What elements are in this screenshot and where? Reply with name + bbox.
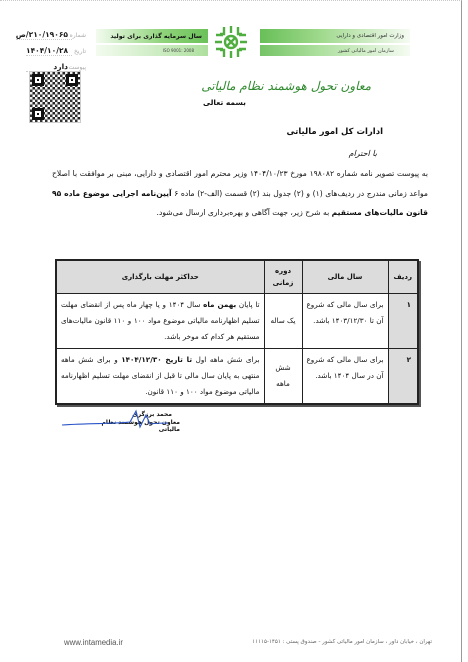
website-link[interactable]: www.intamedia.ir <box>64 638 123 647</box>
deadline-cell: برای شش ماهه اول تا تاریخ ۱۴۰۴/۱۲/۳۰ و ب… <box>56 348 264 404</box>
qr-finder-icon <box>32 74 44 86</box>
header-row-number: ردیف <box>388 260 418 293</box>
table-row: ۲ برای سال مالی که شروع آن در سال ۱۴۰۴ ب… <box>56 348 418 404</box>
row-number: ۱ <box>388 293 418 348</box>
table-row: ۱ برای سال مالی که شروع آن تا ۱۴۰۳/۱۲/۳۰… <box>56 293 418 348</box>
letter-attachment-label: پیوست <box>72 64 86 71</box>
basmala: بسمه تعالی <box>203 98 246 107</box>
fiscal-year-cell: برای سال مالی که شروع آن تا ۱۴۰۳/۱۲/۳۰ ب… <box>302 293 388 348</box>
letter-number-label: شماره <box>72 32 86 39</box>
deadline-text: برای شش ماهه اول <box>192 355 259 364</box>
period-cell: یک ساله <box>264 293 302 348</box>
greeting: با احترام <box>349 149 377 158</box>
table-header-row: ردیف سال مالی دوره زمانی حداکثر مهلت بار… <box>56 260 418 293</box>
footer: www.intamedia.ir تهران ، خیابان داور ، س… <box>0 637 462 651</box>
row-number: ۲ <box>388 348 418 404</box>
body-text-end: به شرح زیر، جهت آگاهی و بهره‌برداری ارسا… <box>157 208 332 217</box>
letter-body: به پیوست تصویر نامه شماره ۱۹۸۰۸۲ مورخ ۱۴… <box>52 164 428 223</box>
letter-date: ۱۴۰۴/۱۰/۲۸ <box>26 46 72 56</box>
signature-block: محمد برزگری معاون تحول هوشمند نظام مالیا… <box>80 411 180 433</box>
letter-date-row: تاریخ ۱۴۰۴/۱۰/۲۸ <box>26 43 86 59</box>
deadline-bold: تا تاریخ ۱۴۰۴/۱۲/۳۰ <box>121 355 192 364</box>
addressee: ادارات کل امور مالیاتی <box>287 127 383 137</box>
slogan-band: سال سرمایه گذاری برای تولید <box>96 29 208 43</box>
letter-page: شماره ۲۱۰/۱۹۰۶۵/ص تاریخ ۱۴۰۴/۱۰/۲۸ پیوست… <box>0 0 462 662</box>
fiscal-year-cell: برای سال مالی که شروع آن در سال ۱۴۰۴ باش… <box>302 348 388 404</box>
tax-organization-emblem-icon <box>212 23 250 61</box>
deadline-text: تا پایان <box>236 300 259 309</box>
deputy-title: معاون تحول هوشمند نظام مالیاتی <box>201 79 371 93</box>
period-cell: شش ماهه <box>264 348 302 404</box>
header-period: دوره زمانی <box>264 260 302 293</box>
letter-meta: شماره ۲۱۰/۱۹۰۶۵/ص تاریخ ۱۴۰۴/۱۰/۲۸ پیوست… <box>26 27 86 75</box>
organization-band: سازمان امور مالیاتی کشور <box>260 45 410 56</box>
ministry-band: وزارت امور اقتصادی و دارایی <box>260 29 410 43</box>
qr-finder-icon <box>66 74 78 86</box>
signature-stroke-icon <box>60 405 170 435</box>
letter-number: ۲۱۰/۱۹۰۶۵/ص <box>16 30 72 40</box>
postal-address: تهران ، خیابان داور ، سازمان امور مالیات… <box>252 639 432 645</box>
qr-finder-icon <box>32 108 44 120</box>
deadline-bold: بهمن ماه <box>203 300 236 309</box>
header-deadline: حداکثر مهلت بارگذاری <box>56 260 264 293</box>
deadline-cell: تا پایان بهمن ماه سال ۱۴۰۴ و یا چهار ماه… <box>56 293 264 348</box>
header-fiscal-year: سال مالی <box>302 260 388 293</box>
deadline-table: ردیف سال مالی دوره زمانی حداکثر مهلت بار… <box>55 259 419 405</box>
qr-code-icon <box>29 71 81 123</box>
letter-date-label: تاریخ <box>72 48 86 55</box>
letter-number-row: شماره ۲۱۰/۱۹۰۶۵/ص <box>26 27 86 43</box>
iso-band: ISO 9001: 2008 <box>96 45 208 56</box>
